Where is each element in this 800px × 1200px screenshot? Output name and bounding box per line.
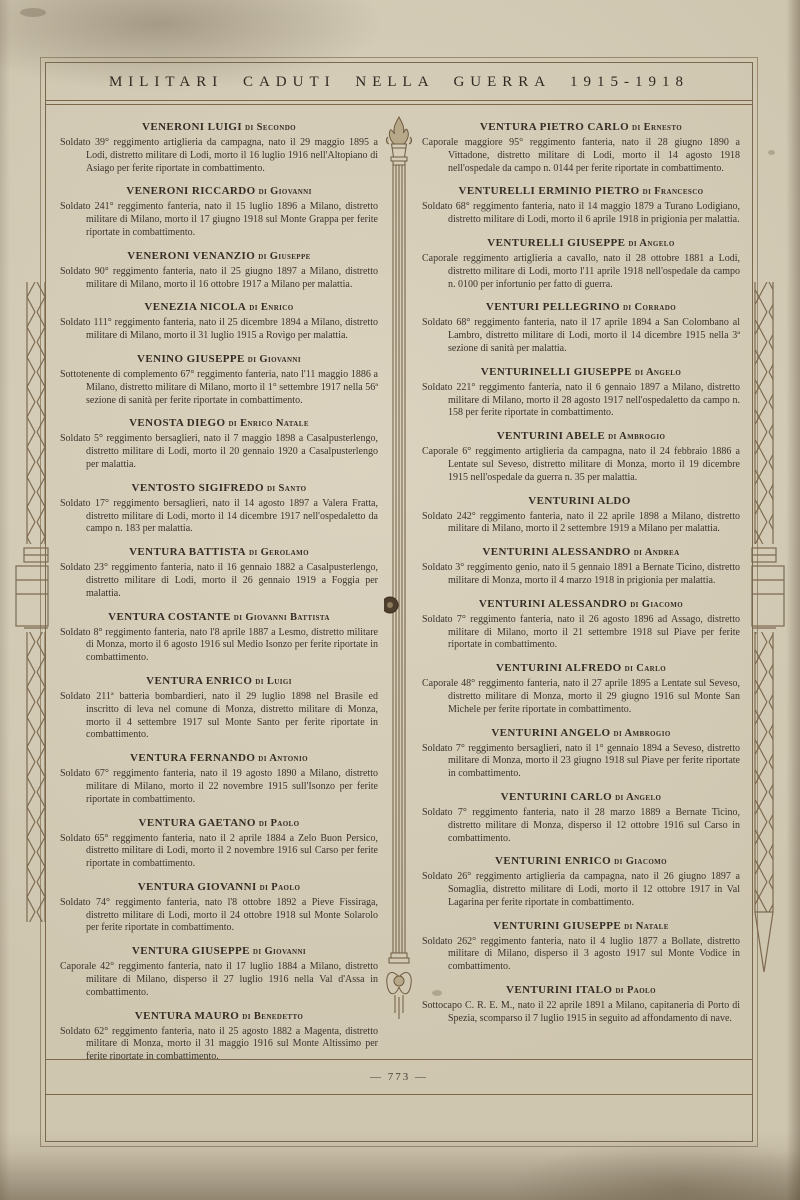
entry-body: Soldato 7° reggimento fanteria, nato il … xyxy=(422,614,740,652)
casualty-entry: VENTURELLI GIUSEPPEdi Angelo Caporale re… xyxy=(422,237,740,291)
entry-name: VENTURA COSTANTE xyxy=(108,611,231,623)
casualty-entry: VENTURELLI ERMINIO PIETROdi Francesco So… xyxy=(422,185,740,227)
casualty-entry: VENTURA PIETRO CARLOdi Ernesto Caporale … xyxy=(422,121,740,175)
entry-body: Sottotenente di complemento 67° reggimen… xyxy=(60,369,378,407)
entry-father: di Giacomo xyxy=(630,599,683,610)
entry-heading: VENTURINI ALDO xyxy=(422,495,740,507)
page-footer: — 773 — xyxy=(46,1059,752,1095)
entry-name: VENTOSTO SIGIFREDO xyxy=(132,482,264,494)
entry-father: di Natale xyxy=(624,921,669,932)
entry-heading: VENERONI VENANZIOdi Giuseppe xyxy=(60,250,378,262)
entry-heading: VENTURA GIOVANNIdi Paolo xyxy=(60,881,378,893)
entry-heading: VENTURA ENRICOdi Luigi xyxy=(60,675,378,687)
casualty-entry: VENTURINI ABELEdi Ambrogio Caporale 6° r… xyxy=(422,430,740,484)
page-title: MILITARI CADUTI NELLA GUERRA 1915-1918 xyxy=(46,74,752,91)
entry-father: di Enrico xyxy=(249,302,293,313)
entry-heading: VENTURA BATTISTAdi Gerolamo xyxy=(60,546,378,558)
entry-body: Soldato 39° reggimento artiglieria da ca… xyxy=(60,137,378,175)
entry-heading: VENTURA GIUSEPPEdi Giovanni xyxy=(60,945,378,957)
casualty-entry: VENTURINI GIUSEPPEdi Natale Soldato 262°… xyxy=(422,920,740,974)
entry-body: Soldato 74° reggimento fanteria, nato l'… xyxy=(60,897,378,935)
entry-heading: VENTURINI ALFREDOdi Carlo xyxy=(422,662,740,674)
entry-name: VENTURA BATTISTA xyxy=(129,546,246,558)
left-column: VENERONI LUIGIdi Secondo Soldato 39° reg… xyxy=(60,121,384,1059)
entry-heading: VENTURA FERNANDOdi Antonio xyxy=(60,752,378,764)
entry-body: Sottocapo C. R. E. M., nato il 22 aprile… xyxy=(422,1000,740,1026)
entry-heading: VENTOSTO SIGIFREDOdi Santo xyxy=(60,482,378,494)
entry-heading: VENERONI LUIGIdi Secondo xyxy=(60,121,378,133)
entry-heading: VENEZIA NICOLAdi Enrico xyxy=(60,301,378,313)
left-margin-column-ornament xyxy=(0,282,50,947)
entry-name: VENTURA GIOVANNI xyxy=(138,881,257,893)
entry-name: VENEZIA NICOLA xyxy=(144,301,246,313)
entry-body: Soldato 5° reggimento bersaglieri, nato … xyxy=(60,433,378,471)
entry-heading: VENTURA MAUROdi Benedetto xyxy=(60,1010,378,1022)
entry-name: VENTURELLI ERMINIO PIETRO xyxy=(458,185,639,197)
entry-father: di Antonio xyxy=(258,753,308,764)
entry-name: VENOSTA DIEGO xyxy=(129,417,225,429)
rosette-icon xyxy=(384,597,398,613)
casualty-entry: VENTURA GAETANOdi Paolo Soldato 65° regg… xyxy=(60,817,378,871)
page-number: — 773 — xyxy=(370,1071,428,1083)
casualty-entry: VENERONI LUIGIdi Secondo Soldato 39° reg… xyxy=(60,121,378,175)
entry-name: VENTURINI ALESSANDRO xyxy=(482,546,630,558)
entry-heading: VENTURINI ABELEdi Ambrogio xyxy=(422,430,740,442)
entry-father: di Santo xyxy=(267,483,307,494)
entry-body: Soldato 90° reggimento fanteria, nato il… xyxy=(60,266,378,292)
entry-father: di Andrea xyxy=(634,547,680,558)
entry-body: Soldato 111° reggimento fanteria, nato i… xyxy=(60,317,378,343)
casualty-entry: VENTURINI ENRICOdi Giacomo Soldato 26° r… xyxy=(422,855,740,909)
entry-body: Soldato 7° reggimento bersaglieri, nato … xyxy=(422,743,740,781)
entry-name: VENERONI VENANZIO xyxy=(127,250,255,262)
casualty-entry: VENTURINI ANGELOdi Ambrogio Soldato 7° r… xyxy=(422,727,740,781)
page-header: MILITARI CADUTI NELLA GUERRA 1915-1918 xyxy=(46,63,752,101)
entry-father: di Enrico Natale xyxy=(228,418,308,429)
casualty-entry: VENINO GIUSEPPEdi Giovanni Sottotenente … xyxy=(60,353,378,407)
casualty-entry: VENTURA FERNANDOdi Antonio Soldato 67° r… xyxy=(60,752,378,806)
right-column: VENTURA PIETRO CARLOdi Ernesto Caporale … xyxy=(414,121,740,1059)
entry-father: di Carlo xyxy=(625,663,666,674)
entry-body: Soldato 3° reggimento genio, nato il 5 g… xyxy=(422,562,740,588)
entry-name: VENTURI PELLEGRINO xyxy=(486,301,620,313)
entry-name: VENTURINI ABELE xyxy=(497,430,605,442)
entry-father: di Giacomo xyxy=(614,856,667,867)
entry-body: Soldato 7° reggimento fanteria, nato il … xyxy=(422,807,740,845)
entry-father: di Angelo xyxy=(615,792,661,803)
page-border-frame: MILITARI CADUTI NELLA GUERRA 1915-1918 V… xyxy=(45,62,753,1142)
casualty-entry: VENTURINI ITALOdi Paolo Sottocapo C. R. … xyxy=(422,984,740,1026)
entry-body: Soldato 242° reggimento fanteria, nato i… xyxy=(422,511,740,537)
entry-name: VENTURA GIUSEPPE xyxy=(132,945,250,957)
entry-body: Soldato 17° reggimento bersaglieri, nato… xyxy=(60,498,378,536)
column-shaft-ornament xyxy=(393,165,405,953)
casualty-entry: VENEZIA NICOLAdi Enrico Soldato 111° reg… xyxy=(60,301,378,343)
entry-body: Soldato 8° reggimento fanteria, nato l'8… xyxy=(60,627,378,665)
entry-name: VENTURELLI GIUSEPPE xyxy=(487,237,625,249)
entry-body: Soldato 23° reggimento fanteria, nato il… xyxy=(60,562,378,600)
entry-father: di Francesco xyxy=(643,186,704,197)
casualty-entry: VENTURA MAUROdi Benedetto Soldato 62° re… xyxy=(60,1010,378,1059)
casualty-entry: VENTURINI ALFREDOdi Carlo Caporale 48° r… xyxy=(422,662,740,716)
entry-heading: VENTURELLI GIUSEPPEdi Angelo xyxy=(422,237,740,249)
entry-body: Soldato 67° reggimento fanteria, nato il… xyxy=(60,768,378,806)
casualty-entry: VENTURINI ALDO Soldato 242° reggimento f… xyxy=(422,495,740,537)
entry-father: di Gerolamo xyxy=(249,547,309,558)
entry-name: VENTURINI ALDO xyxy=(528,495,630,507)
entry-heading: VENTURINI CARLOdi Angelo xyxy=(422,791,740,803)
entry-body: Soldato 211ª batteria bombardieri, nato … xyxy=(60,691,378,742)
entry-body: Soldato 62° reggimento fanteria, nato il… xyxy=(60,1026,378,1059)
entry-heading: VENTURA GAETANOdi Paolo xyxy=(60,817,378,829)
entry-body: Caporale 42° reggimento fanteria, nato i… xyxy=(60,961,378,999)
entry-name: VENTURA ENRICO xyxy=(146,675,252,687)
entry-heading: VENINO GIUSEPPEdi Giovanni xyxy=(60,353,378,365)
casualty-entry: VENTURA ENRICOdi Luigi Soldato 211ª batt… xyxy=(60,675,378,742)
entry-father: di Giovanni xyxy=(259,186,312,197)
entry-heading: VENTURINELLI GIUSEPPEdi Angelo xyxy=(422,366,740,378)
entry-father: di Ambrogio xyxy=(608,431,665,442)
entry-body: Soldato 26° reggimento artiglieria da ca… xyxy=(422,871,740,909)
casualty-entry: VENERONI RICCARDOdi Giovanni Soldato 241… xyxy=(60,185,378,239)
scan-speck xyxy=(20,8,46,17)
entry-name: VENINO GIUSEPPE xyxy=(137,353,245,365)
entry-heading: VENERONI RICCARDOdi Giovanni xyxy=(60,185,378,197)
entry-heading: VENTURINI ITALOdi Paolo xyxy=(422,984,740,996)
entry-father: di Giovanni xyxy=(248,354,301,365)
entry-body: Caporale reggimento artiglieria a cavall… xyxy=(422,253,740,291)
entry-name: VENTURA GAETANO xyxy=(139,817,256,829)
entry-name: VENTURINI CARLO xyxy=(501,791,612,803)
casualty-entry: VENTURA GIUSEPPEdi Giovanni Caporale 42°… xyxy=(60,945,378,999)
entry-body: Soldato 221° reggimento fanteria, nato i… xyxy=(422,382,740,420)
entry-father: di Paolo xyxy=(259,818,300,829)
entry-body: Soldato 241° reggimento fanteria, nato i… xyxy=(60,201,378,239)
entry-father: di Giovanni Battista xyxy=(234,612,330,623)
entry-body: Caporale maggiore 95° reggimento fanteri… xyxy=(422,137,740,175)
scanned-book-page: MILITARI CADUTI NELLA GUERRA 1915-1918 V… xyxy=(0,0,800,1200)
column-divider-ornament xyxy=(384,121,414,1059)
entry-body: Caporale 6° reggimento artiglieria da ca… xyxy=(422,446,740,484)
entry-body: Soldato 68° reggimento fanteria, nato il… xyxy=(422,317,740,355)
entry-heading: VENTURA PIETRO CARLOdi Ernesto xyxy=(422,121,740,133)
entry-heading: VENTURI PELLEGRINOdi Corrado xyxy=(422,301,740,313)
entry-name: VENTURINI ALESSANDRO xyxy=(479,598,627,610)
torch-finial-icon xyxy=(386,117,411,144)
entry-father: di Angelo xyxy=(628,238,674,249)
entry-body: Soldato 68° reggimento fanteria, nato il… xyxy=(422,201,740,227)
casualty-entry: VENTURA GIOVANNIdi Paolo Soldato 74° reg… xyxy=(60,881,378,935)
entry-heading: VENOSTA DIEGOdi Enrico Natale xyxy=(60,417,378,429)
entry-name: VENERONI LUIGI xyxy=(142,121,242,133)
casualty-entry: VENTOSTO SIGIFREDOdi Santo Soldato 17° r… xyxy=(60,482,378,536)
casualty-entry: VENTURA COSTANTEdi Giovanni Battista Sol… xyxy=(60,611,378,665)
casualty-entry: VENTURI PELLEGRINOdi Corrado Soldato 68°… xyxy=(422,301,740,355)
entry-body: Soldato 65° reggimento fanteria, nato il… xyxy=(60,833,378,871)
entry-name: VENTURINI ENRICO xyxy=(495,855,611,867)
entry-name: VENERONI RICCARDO xyxy=(126,185,255,197)
entry-heading: VENTURINI ALESSANDROdi Giacomo xyxy=(422,598,740,610)
right-margin-column-ornament xyxy=(750,282,800,987)
casualty-entry: VENTURINI ALESSANDROdi Giacomo Soldato 7… xyxy=(422,598,740,652)
casualty-entry: VENERONI VENANZIOdi Giuseppe Soldato 90°… xyxy=(60,250,378,292)
entry-heading: VENTURINI GIUSEPPEdi Natale xyxy=(422,920,740,932)
entry-name: VENTURA MAURO xyxy=(135,1010,240,1022)
entry-body: Caporale 48° reggimento fanteria, nato i… xyxy=(422,678,740,716)
entry-father: di Ernesto xyxy=(632,122,682,133)
entry-name: VENTURINI ITALO xyxy=(506,984,612,996)
entry-father: di Paolo xyxy=(615,985,656,996)
entry-heading: VENTURELLI ERMINIO PIETROdi Francesco xyxy=(422,185,740,197)
casualty-entry: VENTURINI ALESSANDROdi Andrea Soldato 3°… xyxy=(422,546,740,588)
two-column-content: VENERONI LUIGIdi Secondo Soldato 39° reg… xyxy=(46,101,752,1059)
casualty-entry: VENOSTA DIEGOdi Enrico Natale Soldato 5°… xyxy=(60,417,378,471)
entry-father: di Paolo xyxy=(260,882,301,893)
casualty-entry: VENTURINELLI GIUSEPPEdi Angelo Soldato 2… xyxy=(422,366,740,420)
entry-father: di Giuseppe xyxy=(258,251,311,262)
entry-father: di Ambrogio xyxy=(613,728,670,739)
entry-name: VENTURINELLI GIUSEPPE xyxy=(481,366,632,378)
casualty-entry: VENTURINI CARLOdi Angelo Soldato 7° regg… xyxy=(422,791,740,845)
casualty-entry: VENTURA BATTISTAdi Gerolamo Soldato 23° … xyxy=(60,546,378,600)
entry-heading: VENTURINI ALESSANDROdi Andrea xyxy=(422,546,740,558)
scan-speck xyxy=(768,150,775,155)
entry-father: di Secondo xyxy=(245,122,296,133)
entry-body: Soldato 262° reggimento fanteria, nato i… xyxy=(422,936,740,974)
entry-heading: VENTURINI ENRICOdi Giacomo xyxy=(422,855,740,867)
entry-heading: VENTURA COSTANTEdi Giovanni Battista xyxy=(60,611,378,623)
entry-name: VENTURINI GIUSEPPE xyxy=(493,920,621,932)
winged-base-icon xyxy=(387,953,411,1019)
scan-speck xyxy=(432,990,442,996)
entry-name: VENTURA FERNANDO xyxy=(130,752,255,764)
entry-father: di Benedetto xyxy=(242,1011,303,1022)
entry-name: VENTURINI ANGELO xyxy=(491,727,610,739)
entry-father: di Corrado xyxy=(623,302,676,313)
entry-father: di Luigi xyxy=(255,676,292,687)
entry-heading: VENTURINI ANGELOdi Ambrogio xyxy=(422,727,740,739)
entry-father: di Angelo xyxy=(635,367,681,378)
entry-name: VENTURA PIETRO CARLO xyxy=(480,121,629,133)
entry-father: di Giovanni xyxy=(253,946,306,957)
entry-name: VENTURINI ALFREDO xyxy=(496,662,622,674)
